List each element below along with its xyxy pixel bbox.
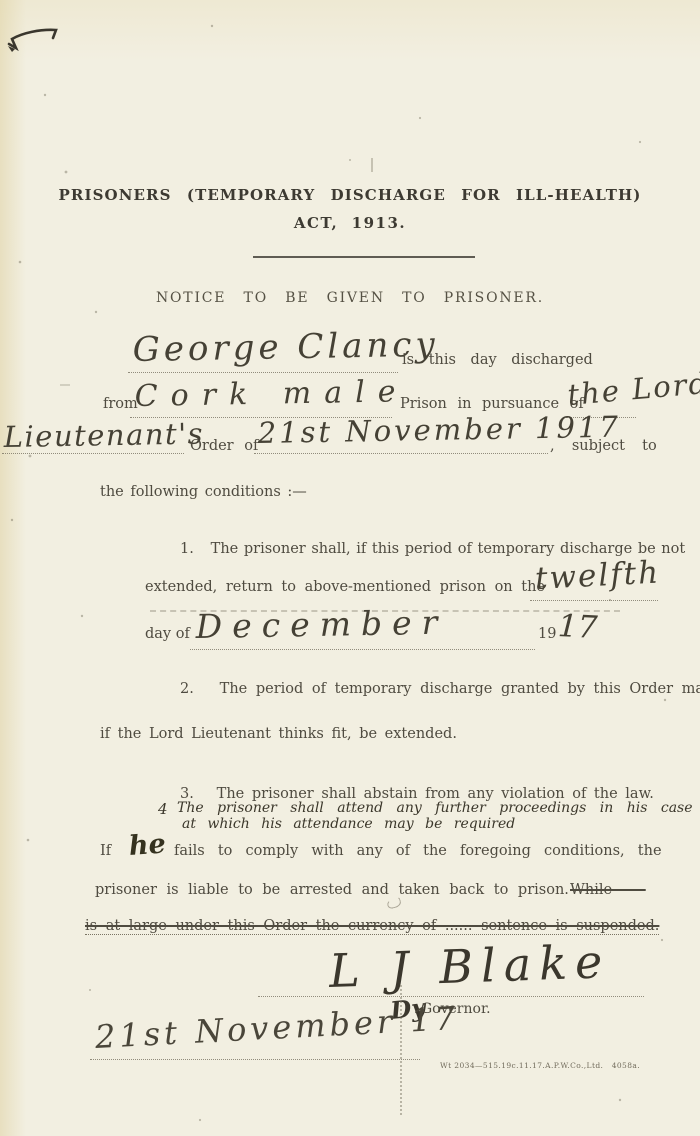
governor-signature-handwritten: L J Blake: [328, 934, 611, 998]
condition-4-number-handwritten: 4: [158, 800, 168, 818]
day-of-label: day of: [145, 626, 190, 642]
lieutenant-fill-line: [2, 453, 184, 454]
month-fill-line: [190, 649, 535, 650]
return-month-handwritten: December: [195, 603, 447, 646]
condition-1-line1: 1. The prisoner shall, if this period of…: [180, 541, 685, 557]
act-title: PRISONERS (TEMPORARY DISCHARGE FOR ILL-H…: [0, 186, 700, 204]
prisoner-name-handwritten: George Clancy: [132, 325, 439, 370]
pronoun-handwritten: he: [128, 829, 167, 862]
penalty-line2: prisoner is liable to be arrested and ta…: [95, 882, 569, 898]
date-fill-line: [90, 1059, 420, 1060]
order-date-fill-line: [254, 453, 548, 454]
divider-rule: [253, 256, 475, 258]
discharged-text: is this day discharged: [402, 352, 593, 368]
return-day-fill-line: [530, 600, 658, 601]
year-printed: 19: [538, 626, 556, 642]
act-year: ACT, 1913.: [0, 214, 700, 232]
name-fill-line: [128, 372, 398, 373]
order-of-label: Order of: [190, 438, 258, 454]
notice-heading: NOTICE TO BE GIVEN TO PRISONER.: [0, 290, 700, 306]
if-label: If: [100, 843, 111, 859]
penalty-line1-rest: fails to comply with any of the foregoin…: [174, 843, 662, 859]
condition-2-line1: 2. The period of temporary discharge gra…: [180, 681, 700, 697]
struck-suspension-clause: is at large under this Order the currenc…: [85, 918, 659, 935]
struck-word-while: While ——: [570, 882, 646, 898]
year-handwritten: 17: [557, 608, 598, 646]
condition-4-handwritten-line1: The prisoner shall attend any further pr…: [177, 800, 693, 816]
subject-to-text: , subject to: [550, 438, 657, 454]
condition-2-line2: if the Lord Lieutenant thinks fit, be ex…: [100, 726, 457, 742]
prison-name-handwritten: Cork male: [134, 374, 408, 414]
return-day-handwritten: twelfth: [534, 554, 661, 597]
pursuance-text: Prison in pursuance of: [400, 396, 584, 412]
printer-imprint: Wt 2034—515.19c.11.17.A.P.W.Co.,Ltd. 405…: [440, 1061, 640, 1070]
scanned-document-page: PRISONERS (TEMPORARY DISCHARGE FOR ILL-H…: [0, 0, 700, 1136]
conditions-intro: the following conditions :—: [100, 484, 307, 500]
condition-1-line2: extended, return to above-mentioned pris…: [145, 579, 545, 595]
from-label: from: [103, 396, 138, 412]
signature-fill-line: [258, 996, 644, 997]
authority-handwritten-line2: Lieutenant's: [3, 417, 204, 454]
condition-4-handwritten-line2: at which his attendance may be required: [182, 816, 515, 832]
